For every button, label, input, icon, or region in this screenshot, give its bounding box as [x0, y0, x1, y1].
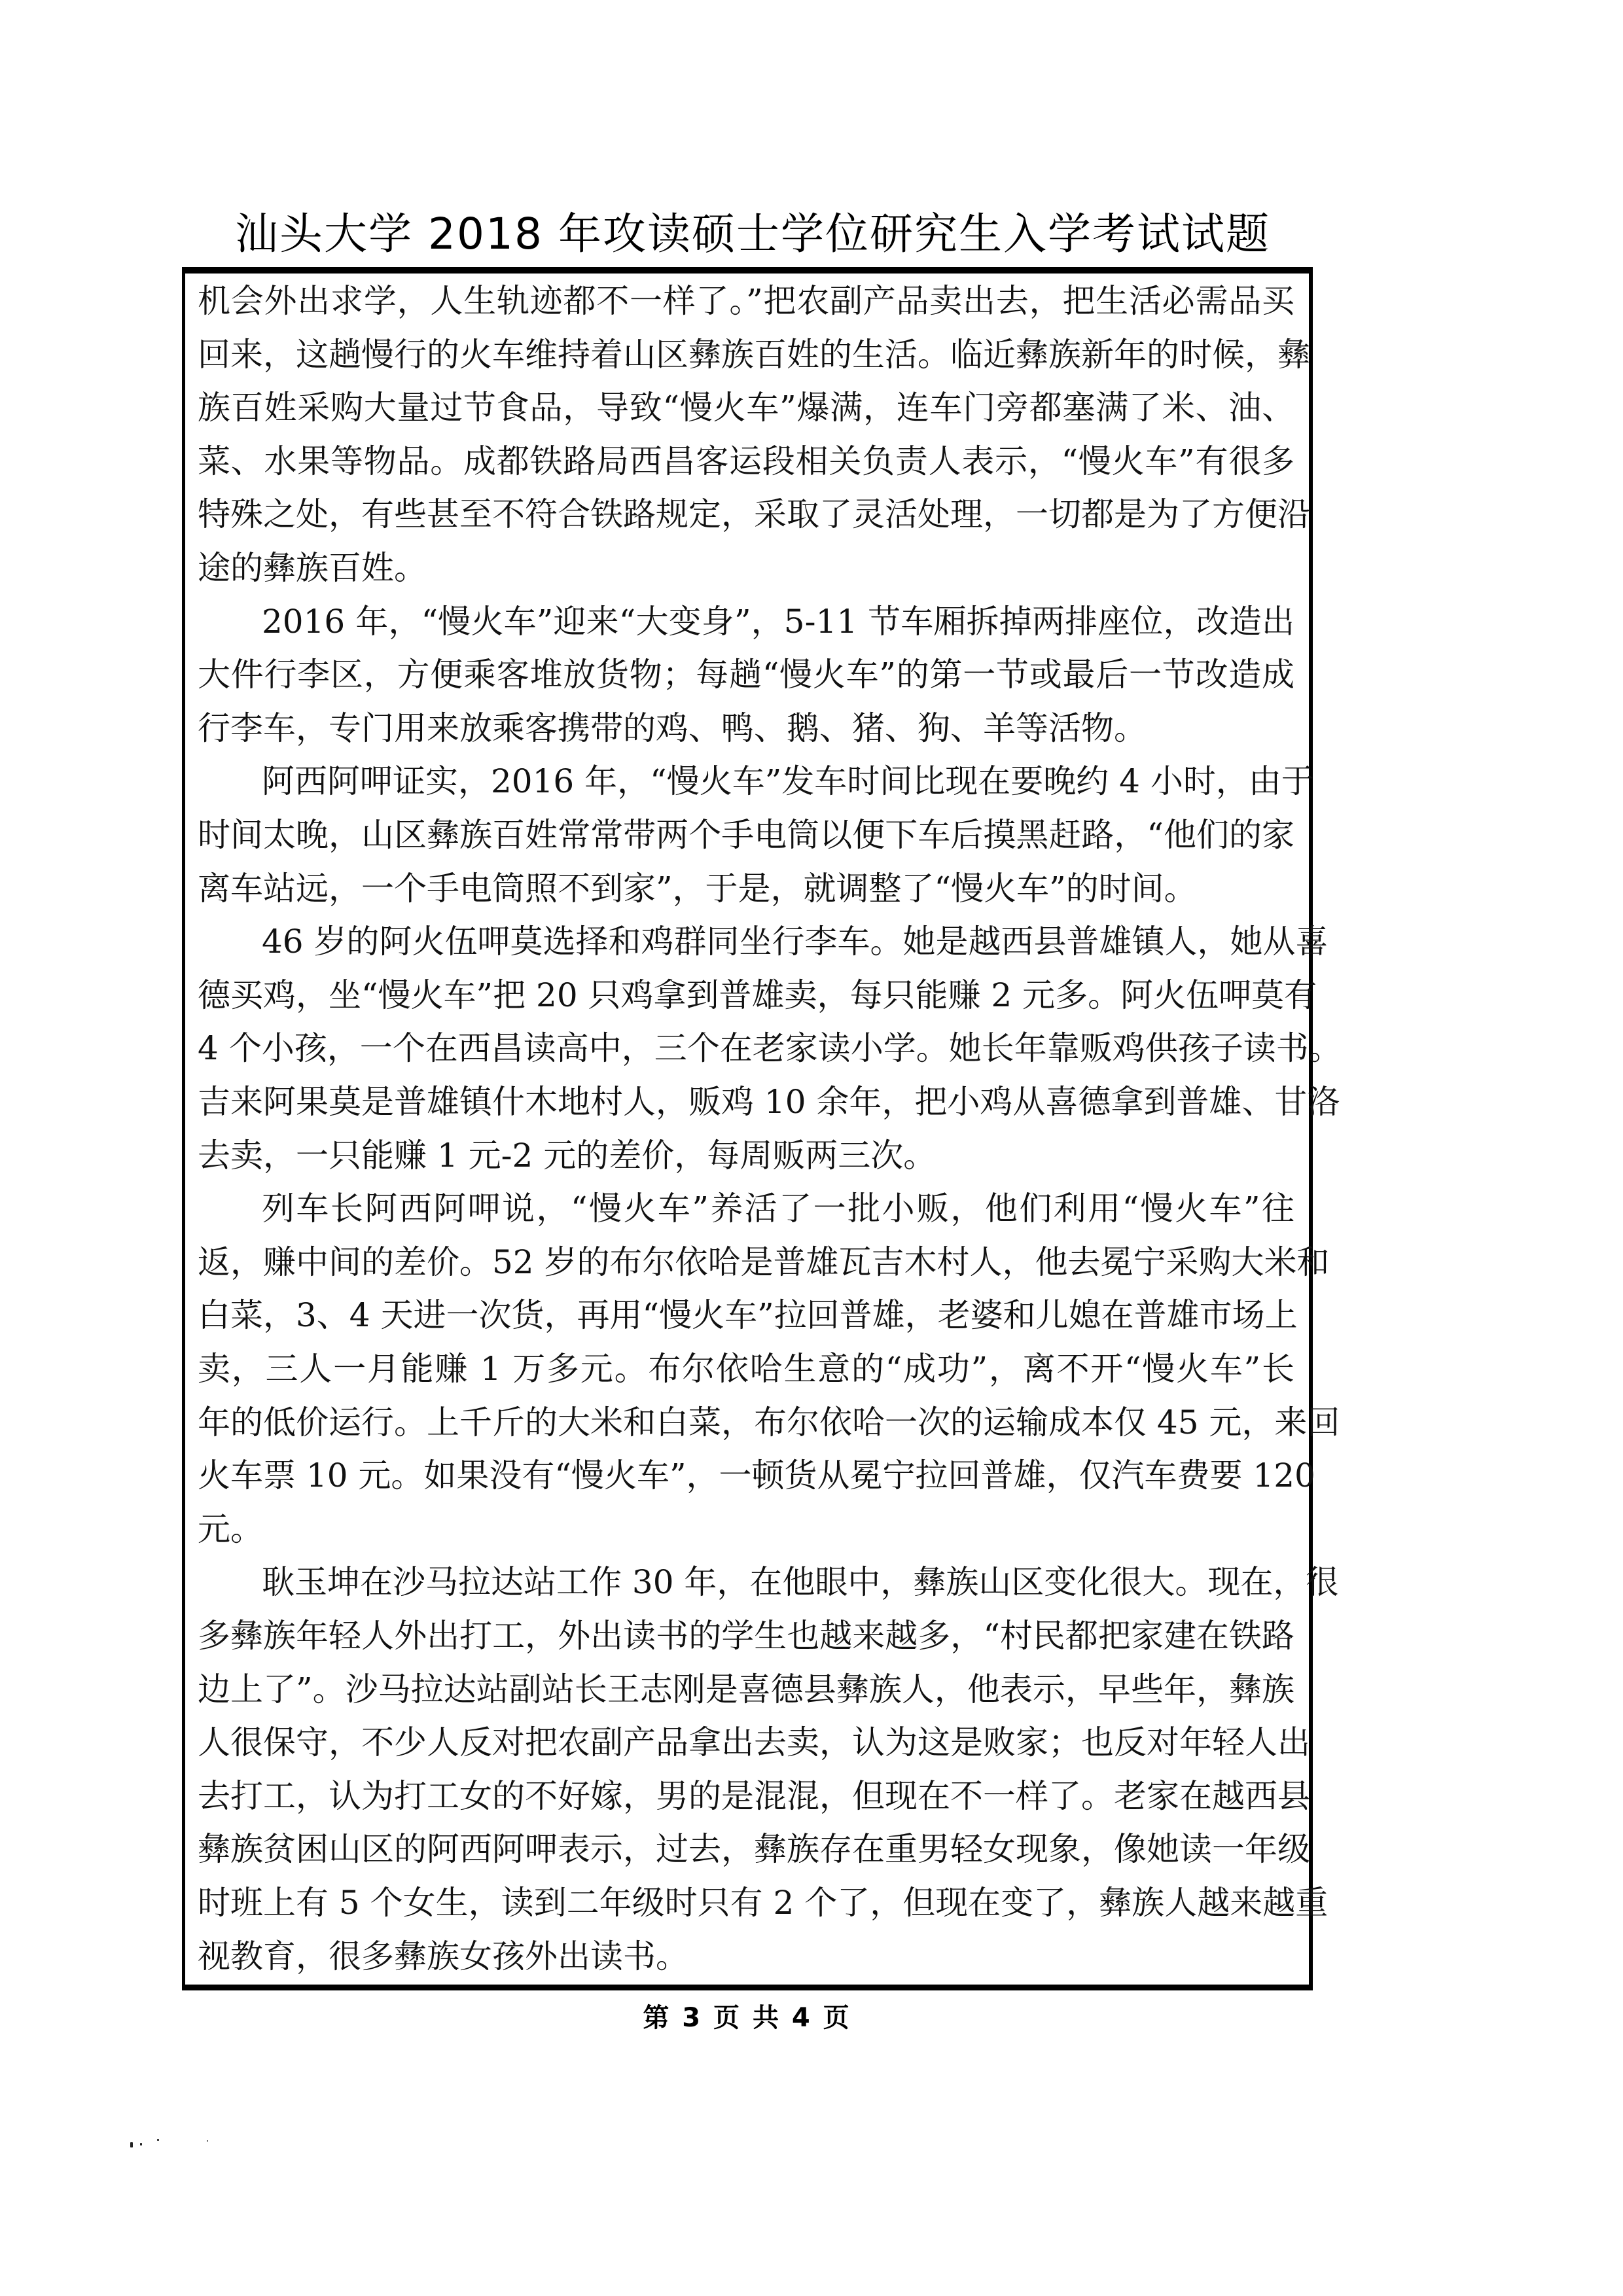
passage-line: 德买鸡，坐“慢火车”把 20 只鸡拿到普雄卖，每只能赚 2 元多。阿火伍呷莫有: [198, 976, 1294, 1015]
passage-line: 回来，这趟慢行的火车维持着山区彝族百姓的生活。临近彝族新年的时候，彝: [198, 335, 1294, 374]
page-title: 汕头大学 2018 年攻读硕士学位研究生入学考试试题: [196, 207, 1309, 262]
passage-line: 离车站远，一个手电筒照不到家”，于是，就调整了“慢火车”的时间。: [198, 869, 1294, 908]
passage-line: 返，赚中间的差价。52 岁的布尔依哈是普雄瓦吉木村人，他去冕宁采购大米和: [198, 1243, 1294, 1282]
passage-line: 时间太晚，山区彝族百姓常常带两个手电筒以便下车后摸黑赶路，“他们的家: [198, 815, 1294, 855]
passage-line: 年的低价运行。上千斤的大米和白菜，布尔依哈一次的运输成本仅 45 元，来回: [198, 1403, 1294, 1442]
passage-line: 途的彝族百姓。: [198, 548, 1294, 588]
passage-line: 火车票 10 元。如果没有“慢火车”，一顿货从冕宁拉回普雄，仅汽车费要 120: [198, 1456, 1294, 1495]
passage-line: 卖，三人一月能赚 1 万多元。布尔依哈生意的“成功”，离不开“慢火车”长: [198, 1349, 1294, 1388]
passage-line: 多彝族年轻人外出打工，外出读书的学生也越来越多，“村民都把家建在铁路: [198, 1616, 1294, 1655]
exam-page: 汕头大学 2018 年攻读硕士学位研究生入学考试试题 机会外出求学，人生轨迹都不…: [0, 0, 1623, 2296]
passage-line: 时班上有 5 个女生，读到二年级时只有 2 个了，但现在变了，彝族人越来越重: [198, 1883, 1294, 1922]
passage-line: 耿玉坤在沙马拉达站工作 30 年，在他眼中，彝族山区变化很大。现在，很: [262, 1563, 1294, 1602]
passage-line: 吉来阿果莫是普雄镇什木地村人，贩鸡 10 余年，把小鸡从喜德拿到普雄、甘洛: [198, 1082, 1294, 1122]
scan-speck: [130, 2142, 133, 2147]
passage-line: 行李车，专门用来放乘客携带的鸡、鸭、鹅、猪、狗、羊等活物。: [198, 709, 1294, 748]
scan-speck: [140, 2143, 142, 2146]
page-footer: 第 3 页 共 4 页: [628, 2001, 864, 2035]
scan-speck: [157, 2139, 159, 2141]
passage-line: 机会外出求学，人生轨迹都不一样了。”把农副产品卖出去，把生活必需品买: [198, 281, 1294, 321]
passage-line: 2016 年，“慢火车”迎来“大变身”，5-11 节车厢拆掉两排座位，改造出: [262, 602, 1294, 641]
scan-speck: [207, 2140, 208, 2142]
passage-line: 人很保守，不少人反对把农副产品拿出去卖，认为这是败家；也反对年轻人出: [198, 1723, 1294, 1762]
passage-line: 4 个小孩，一个在西昌读高中，三个在老家读小学。她长年靠贩鸡供孩子读书。: [198, 1029, 1294, 1068]
passage-line: 去打工，认为打工女的不好嫁，男的是混混，但现在不一样了。老家在越西县: [198, 1776, 1294, 1816]
passage-line: 阿西阿呷证实，2016 年，“慢火车”发车时间比现在要晚约 4 小时，由于: [262, 762, 1294, 801]
passage-line: 去卖，一只能赚 1 元-2 元的差价，每周贩两三次。: [198, 1136, 1294, 1175]
passage-line: 元。: [198, 1510, 1294, 1549]
passage-line: 46 岁的阿火伍呷莫选择和鸡群同坐行李车。她是越西县普雄镇人，她从喜: [262, 922, 1294, 961]
passage-line: 列车长阿西阿呷说，“慢火车”养活了一批小贩，他们利用“慢火车”往: [262, 1189, 1294, 1228]
passage-line: 视教育，很多彝族女孩外出读书。: [198, 1937, 1294, 1976]
passage-line: 菜、水果等物品。成都铁路局西昌客运段相关负责人表示，“慢火车”有很多: [198, 442, 1294, 481]
passage-line: 边上了”。沙马拉达站副站长王志刚是喜德县彝族人，他表示，早些年，彝族: [198, 1670, 1294, 1709]
passage-line: 彝族贫困山区的阿西阿呷表示，过去，彝族存在重男轻女现象，像她读一年级: [198, 1829, 1294, 1869]
passage-line: 族百姓采购大量过节食品，导致“慢火车”爆满，连车门旁都塞满了米、油、: [198, 388, 1294, 427]
passage-line: 白菜，3、4 天进一次货，再用“慢火车”拉回普雄，老婆和儿媳在普雄市场上: [198, 1296, 1294, 1335]
passage-line: 大件行李区，方便乘客堆放货物；每趟“慢火车”的第一节或最后一节改造成: [198, 655, 1294, 694]
passage-line: 特殊之处，有些甚至不符合铁路规定，采取了灵活处理，一切都是为了方便沿: [198, 495, 1294, 534]
